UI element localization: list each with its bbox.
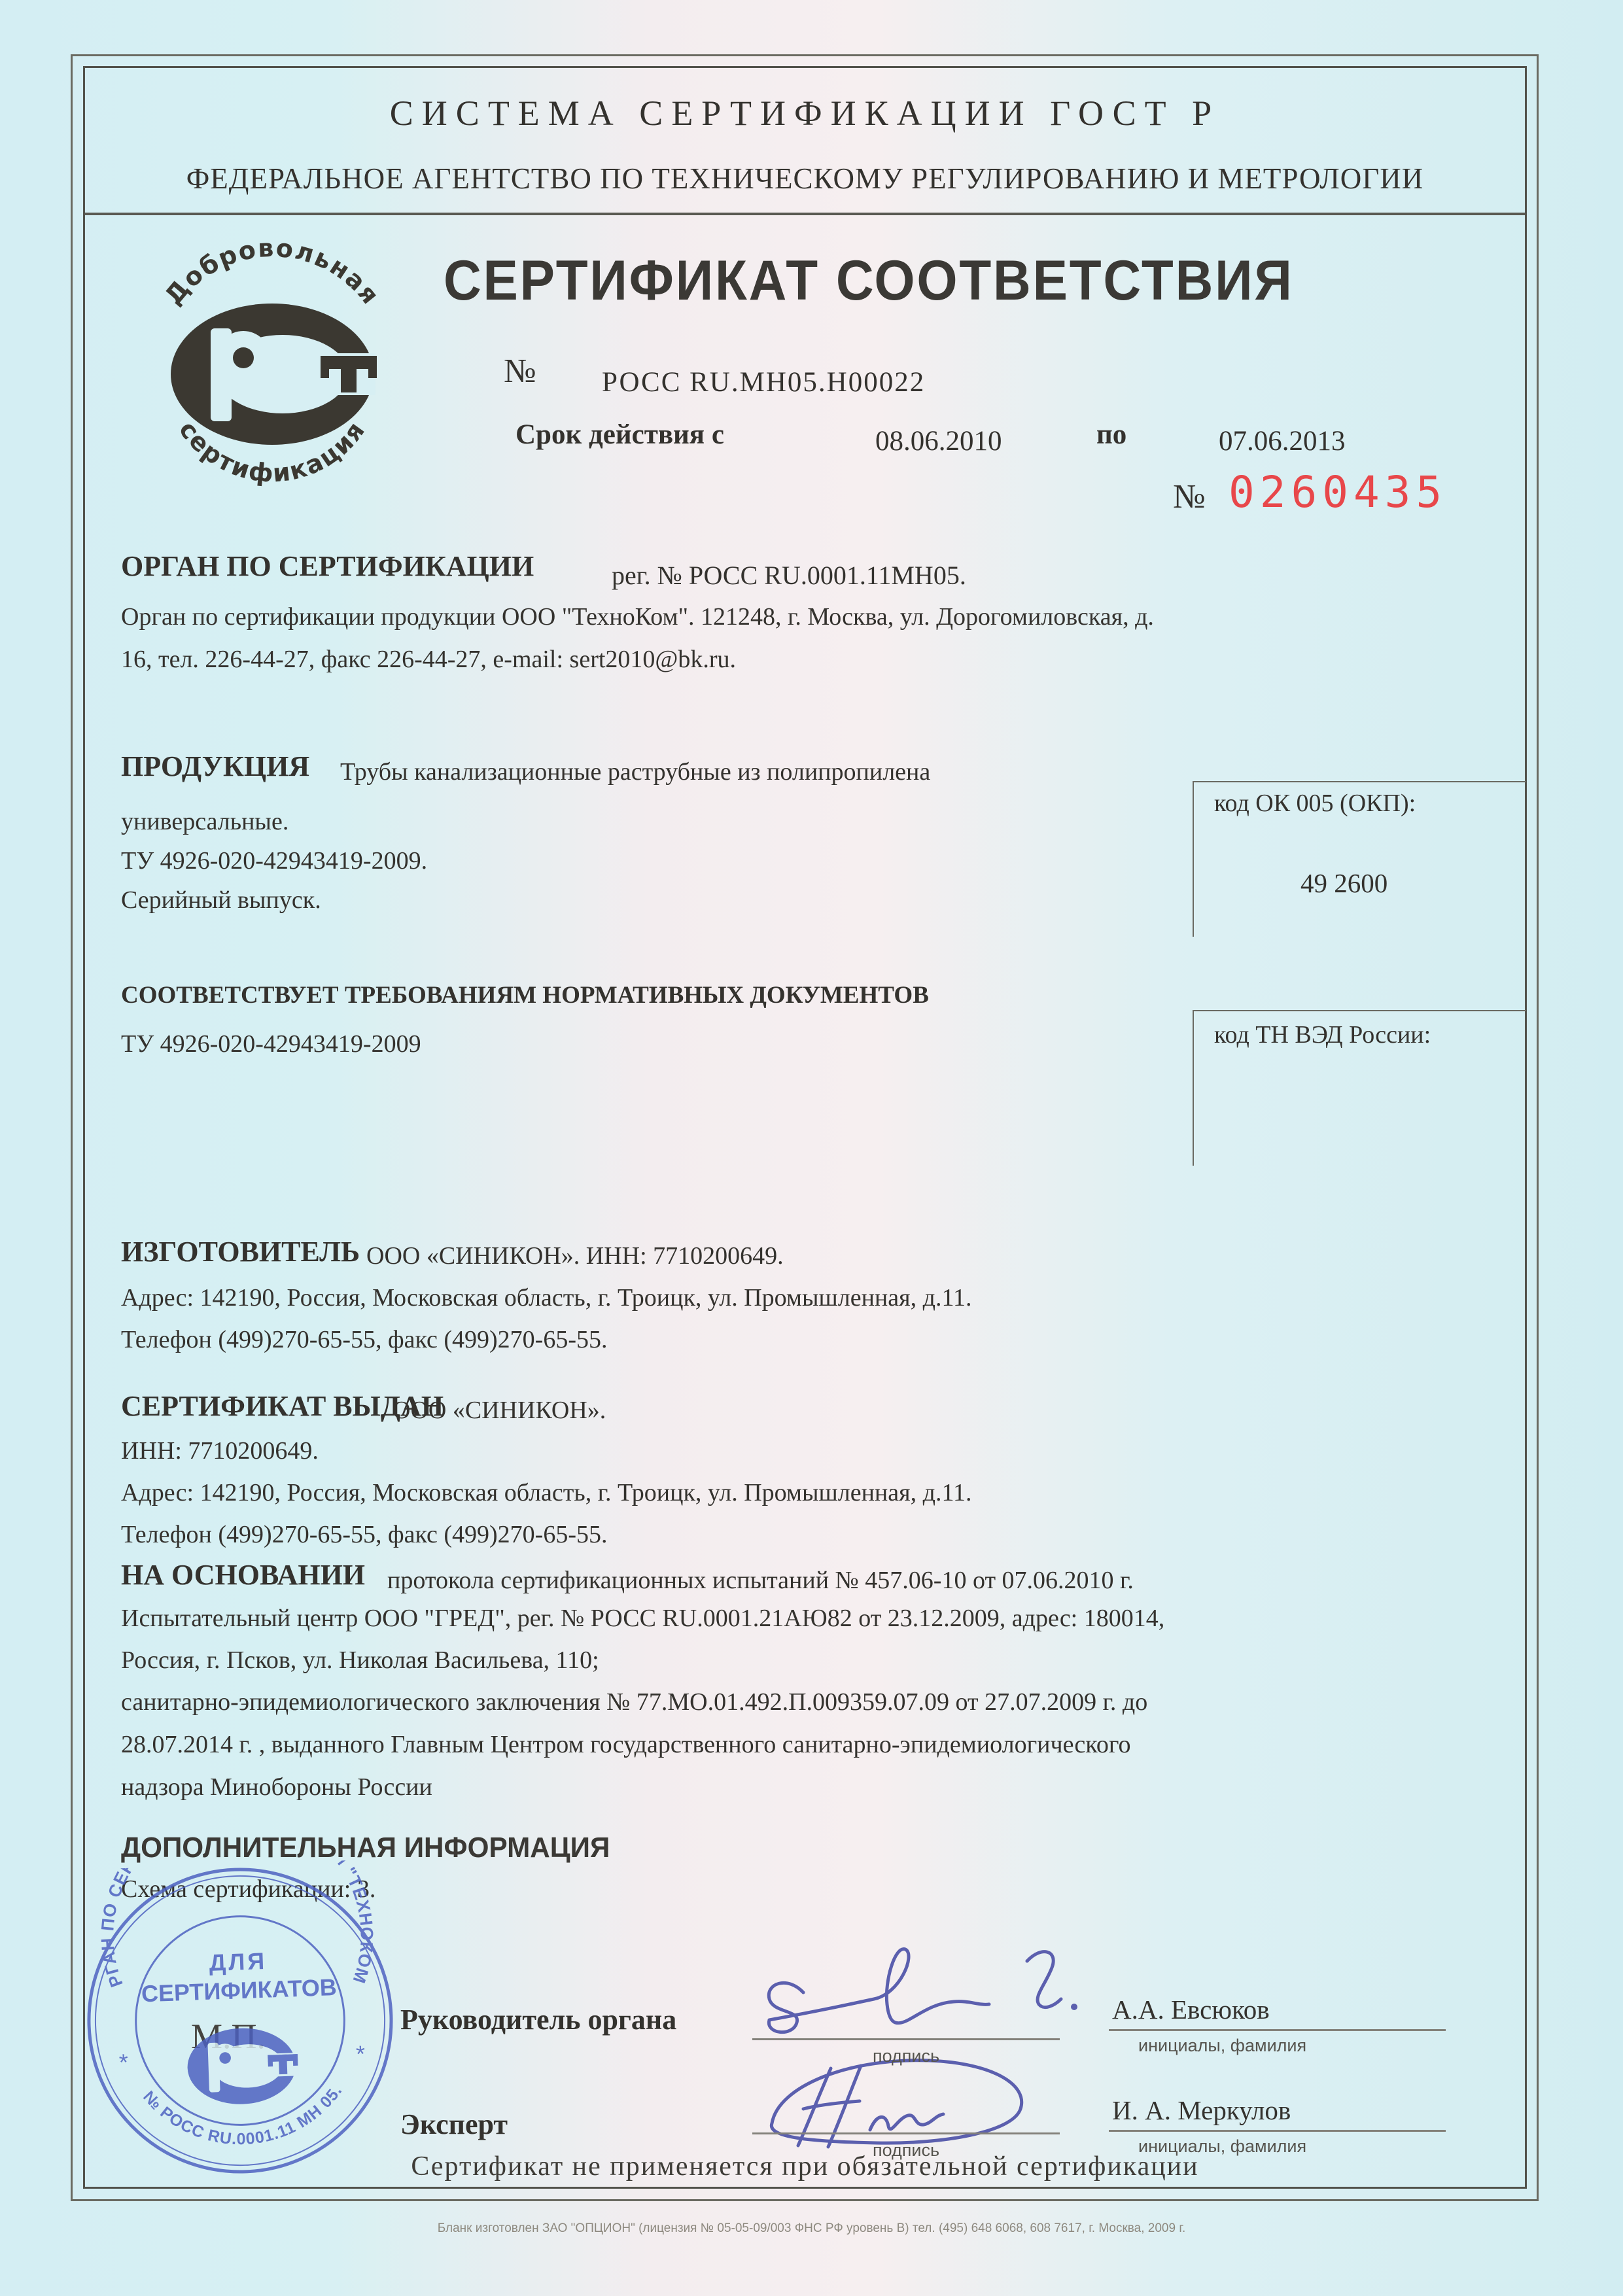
head-signature-icon	[746, 1941, 1086, 2049]
validity-date-to: 07.06.2013	[1219, 425, 1346, 457]
manufacturer-address: Адрес: 142190, Россия, Московская област…	[121, 1283, 972, 1312]
agency-title: ФЕДЕРАЛЬНОЕ АГЕНТСТВО ПО ТЕХНИЧЕСКОМУ РЕ…	[85, 162, 1525, 196]
basis-test-center-address: Россия, г. Псков, ул. Николая Васильева,…	[121, 1646, 599, 1675]
tnved-box-left-border	[1193, 1010, 1194, 1166]
blank-number: 0260435	[1229, 467, 1447, 517]
certificate-page: СИСТЕМА СЕРТИФИКАЦИИ ГОСТ Р ФЕДЕРАЛЬНОЕ …	[0, 0, 1623, 2296]
basis-sanitary-issuer: 28.07.2014 г. , выданного Главным Центро…	[121, 1730, 1130, 1759]
organ-section-label: ОРГАН ПО СЕРТИФИКАЦИИ	[121, 549, 534, 583]
tnved-box-top-border	[1193, 1010, 1526, 1011]
manufacturer-name: ООО «СИНИКОН». ИНН: 7710200649.	[366, 1242, 784, 1270]
tnved-code-label: код ТН ВЭД России:	[1214, 1020, 1431, 1049]
system-title: СИСТЕМА СЕРТИФИКАЦИИ ГОСТ Р	[85, 93, 1525, 133]
issued-to-phone: Телефон (499)270-65-55, факс (499)270-65…	[121, 1520, 608, 1549]
issued-to-name: ООО «СИНИКОН».	[393, 1396, 606, 1425]
issued-to-inn: ИНН: 7710200649.	[121, 1436, 319, 1465]
product-serial-note: Серийный выпуск.	[121, 886, 321, 914]
page-title: СЕРТИФИКАТ СООТВЕТСТВИЯ	[444, 249, 1294, 313]
head-initials-caption: инициалы, фамилия	[1138, 2036, 1306, 2056]
stamp-star-right: *	[355, 2041, 365, 2067]
validity-po-label: по	[1096, 419, 1126, 451]
svg-text:Добровольная: Добровольная	[159, 241, 385, 310]
cert-number: РОСС RU.МН05.Н00022	[602, 366, 925, 398]
product-line2: универсальные.	[121, 807, 288, 836]
conformity-section-label: СООТВЕТСТВУЕТ ТРЕБОВАНИЯМ НОРМАТИВНЫХ ДО…	[121, 981, 929, 1009]
product-name: Трубы канализационные раструбные из поли…	[340, 757, 930, 786]
head-signature-caption: подпись	[841, 2046, 971, 2066]
okp-box-top-border	[1193, 781, 1526, 782]
head-name-line	[1109, 2029, 1446, 2031]
logo-top-arc-text: Добровольная	[159, 241, 385, 310]
header-divider	[85, 213, 1525, 215]
basis-protocol: протокола сертификационных испытаний № 4…	[387, 1566, 1134, 1595]
okp-code-value: 49 2600	[1300, 867, 1387, 899]
head-of-body-label: Руководитель органа	[400, 2003, 676, 2036]
product-tu-number: ТУ 4926-020-42943419-2009.	[121, 846, 427, 875]
issued-to-address: Адрес: 142190, Россия, Московская област…	[121, 1478, 972, 1507]
basis-sanitary-issuer2: надзора Минобороны России	[121, 1773, 432, 1801]
validity-date-from: 08.06.2010	[875, 425, 1002, 457]
blank-maker-fine-print: Бланк изготовлен ЗАО "ОПЦИОН" (лицензия …	[0, 2221, 1623, 2236]
stamp-inner-line1: ДЛЯ	[209, 1948, 268, 1976]
expert-name-line	[1109, 2130, 1446, 2132]
blank-no-sign: №	[1173, 478, 1206, 516]
manufacturer-phone: Телефон (499)270-65-55, факс (499)270-65…	[121, 1325, 608, 1354]
stamp-inner-line2: СЕРТИФИКАТОВ	[141, 1974, 337, 2007]
expert-name: И. А. Меркулов	[1112, 2095, 1291, 2126]
stamp-star-left: *	[118, 2049, 128, 2076]
organ-address-line2: 16, тел. 226-44-27, факс 226-44-27, e-ma…	[121, 645, 736, 674]
okp-code-label: код ОК 005 (ОКП):	[1214, 789, 1416, 818]
validity-label: Срок действия с	[515, 419, 724, 451]
footer-note: Сертификат не применяется при обязательн…	[85, 2151, 1525, 2182]
stamp-rst-monogram	[186, 2026, 301, 2106]
expert-signature-line	[752, 2132, 1060, 2134]
manufacturer-section-label: ИЗГОТОВИТЕЛЬ	[121, 1235, 360, 1268]
round-stamp-icon: ОРГАН ПО СЕРТИФИКАЦИИ ПРОДУКЦИИ "ТЕХНОКО…	[79, 1859, 402, 2182]
head-signature-line	[752, 2038, 1060, 2040]
conformity-tu-number: ТУ 4926-020-42943419-2009	[121, 1030, 421, 1058]
basis-test-center: Испытательный центр ООО "ГРЕД", рег. № Р…	[121, 1604, 1164, 1633]
basis-sanitary-conclusion: санитарно-эпидемиологического заключения…	[121, 1688, 1147, 1716]
head-name: А.А. Евсюков	[1112, 1994, 1270, 2025]
okp-box-left-border	[1193, 781, 1194, 937]
organ-reg-number: рег. № РОСС RU.0001.11МН05.	[612, 560, 966, 591]
rst-logo-icon: Добровольная сертификация	[139, 241, 406, 497]
cert-no-sign: №	[504, 352, 536, 391]
organ-address-line1: Орган по сертификации продукции ООО "Тех…	[121, 602, 1154, 631]
expert-label: Эксперт	[400, 2108, 508, 2141]
basis-section-label: НА ОСНОВАНИИ	[121, 1558, 365, 1592]
product-section-label: ПРОДУКЦИЯ	[121, 750, 309, 783]
